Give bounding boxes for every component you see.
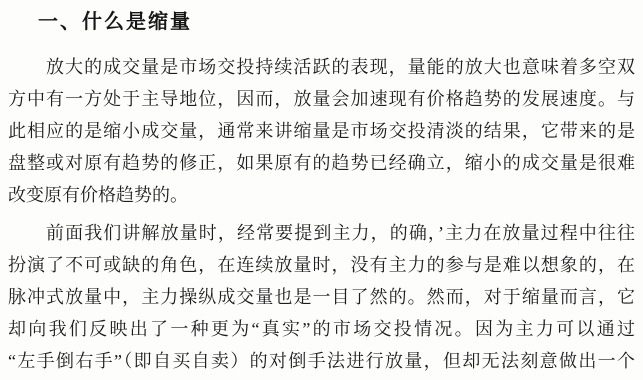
- section-heading: 一、什么是缩量: [38, 9, 635, 35]
- document-page: 一、什么是缩量 放大的成交量是市场交投持续活跃的表现，量能的放大也意味着多空双 …: [0, 0, 643, 380]
- text-line: 前面我们讲解放量时，经常要提到主力，的确，’主力在放量过程中往往: [8, 217, 635, 249]
- text-line: 改变原有价格趋势的。: [8, 179, 635, 211]
- text-line: 盘整或对原有趋势的修正，如果原有的趋势已经确立，缩小的成交量是很难: [8, 147, 635, 179]
- paragraph-1: 放大的成交量是市场交投持续活跃的表现，量能的放大也意味着多空双 方中有一方处于主…: [8, 51, 635, 211]
- text-line: “左手倒右手”（即自买自卖）的对倒手法进行放量，但却无法刻意做出一个: [8, 345, 635, 377]
- text-line: 放大的成交量是市场交投持续活跃的表现，量能的放大也意味着多空双: [8, 51, 635, 83]
- text-line: 方中有一方处于主导地位，因而，放量会加速现有价格趋势的发展速度。与: [8, 83, 635, 115]
- text-line: 扮演了不可或缺的角色，在连续放量时，没有主力的参与是难以想象的，在: [8, 249, 635, 281]
- text-line: 却向我们反映出了一种更为“真实”的市场交投情况。因为主力可以通过: [8, 313, 635, 345]
- text-line: 脉冲式放量中，主力操纵成交量也是一目了然的。然而，对于缩量而言，它: [8, 281, 635, 313]
- text-line: 此相应的是缩小成交量，通常来讲缩量是市场交投清淡的结果，它带来的是: [8, 115, 635, 147]
- paragraph-2: 前面我们讲解放量时，经常要提到主力，的确，’主力在放量过程中往往 扮演了不可或缺…: [8, 217, 635, 377]
